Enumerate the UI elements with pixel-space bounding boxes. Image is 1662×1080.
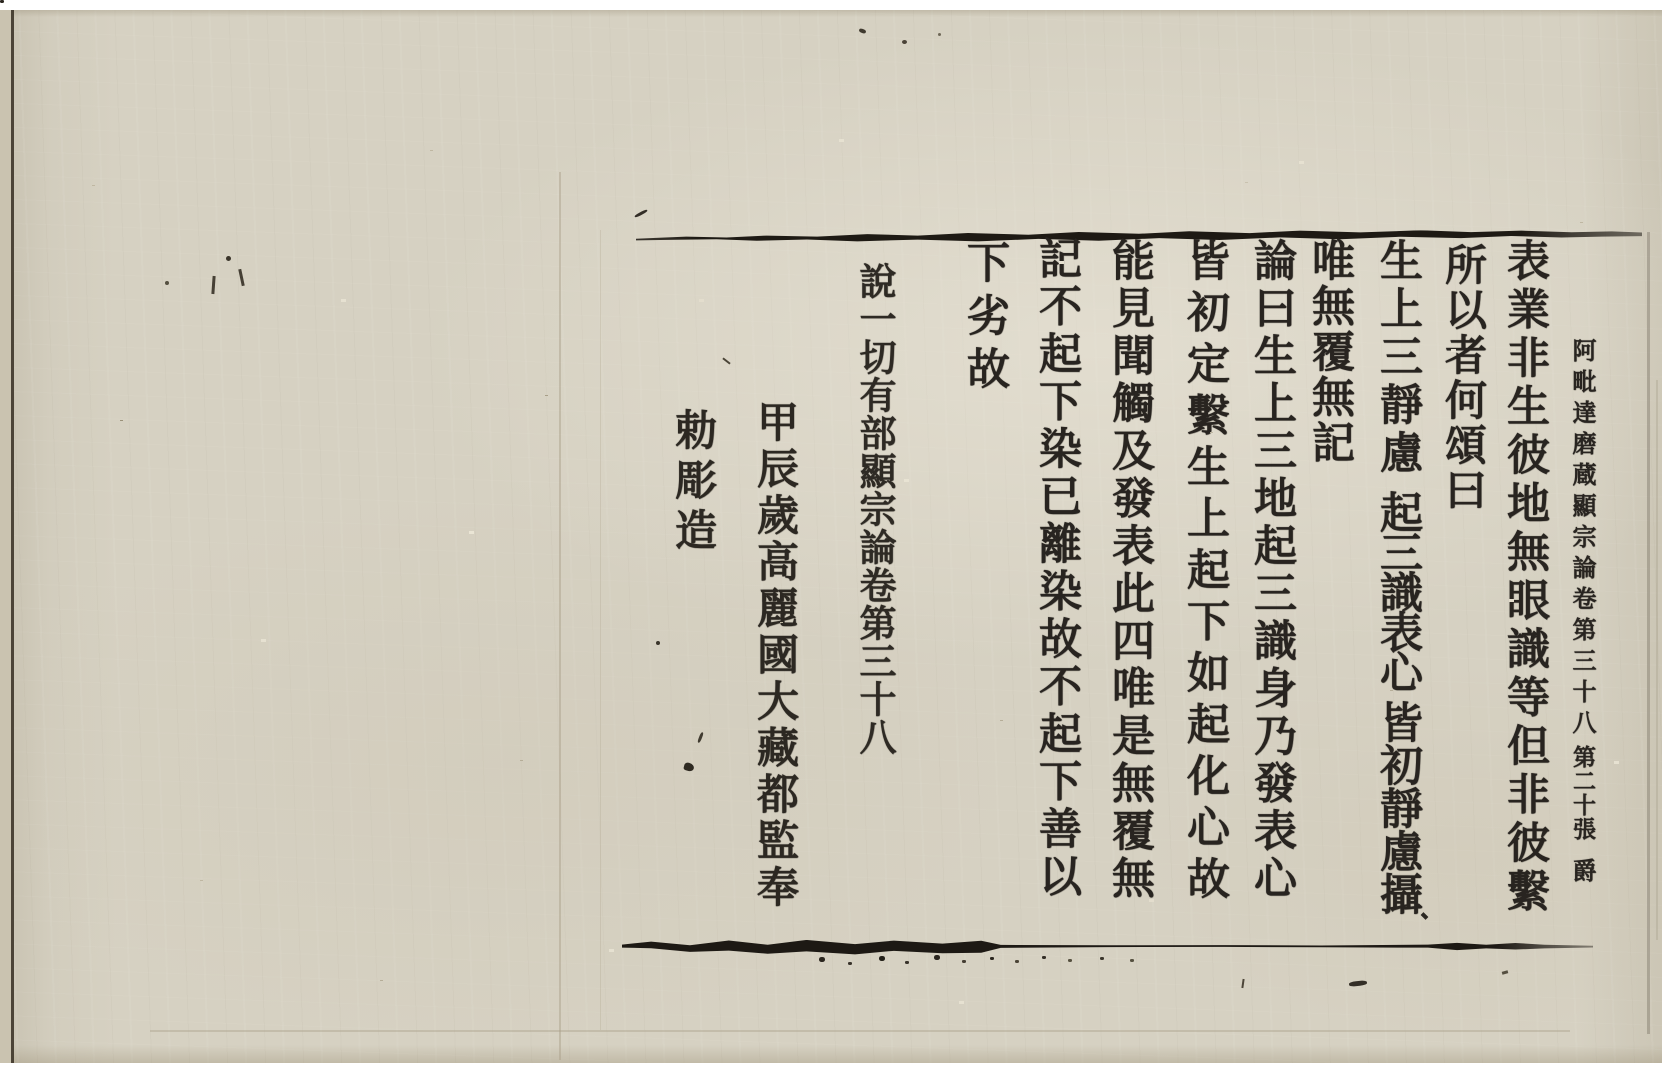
body-column-6: 皆初定繫生上起下如起化心故: [1183, 238, 1226, 908]
verse-line-4: 唯無覆無記: [1308, 238, 1351, 466]
end-title: 說一切有部顯宗論卷第三十八: [856, 262, 893, 756]
body-column-9: 下劣故: [963, 240, 1006, 399]
body-column-2: 所以者何頌曰: [1442, 243, 1484, 513]
margin-sheet-number: 第二十張: [1571, 745, 1594, 841]
body-column-7: 能見聞觸及發表此四唯是無覆無: [1108, 238, 1151, 903]
verse-line-2: 起三識表心: [1376, 490, 1419, 690]
verse-line-3: 皆初靜慮攝: [1376, 700, 1419, 915]
ink-speck: [226, 256, 231, 261]
ink-speck: [656, 641, 660, 645]
scanned-page: 阿毗達磨蔵顯宗論卷第三十八 第二十張 爵 表業非生彼地無眼識等但非彼繫 所以者何…: [0, 0, 1662, 1080]
page-left-edge-line: [11, 10, 14, 1063]
body-column-5: 論曰生上三地起三識身乃發表心: [1250, 238, 1293, 903]
ink-speck: [902, 40, 907, 44]
body-column-8: 記不起下染已離染故不起下善以: [1035, 236, 1078, 901]
verse-line-1: 生上三靜慮: [1376, 238, 1419, 478]
ink-speck: [165, 281, 169, 285]
margin-title: 阿毗達磨蔵顯宗論卷第三十八: [1570, 338, 1594, 741]
underlying-page-edge-line: [150, 1030, 1570, 1032]
paper-crease-left-2: [600, 230, 601, 1030]
colophon-line-2: 勅彫造: [672, 408, 714, 558]
margin-case-character: 爵: [1570, 858, 1594, 882]
paper-crease-left: [559, 172, 561, 1060]
paper-fold-right: [1647, 232, 1650, 1034]
paper-fibers: [0, 0, 3, 1]
body-column-1: 表業非生彼地無眼識等但非彼繫: [1503, 238, 1546, 917]
ink-speck: [938, 33, 941, 36]
colophon-line-1: 甲辰歲高麗國大藏都監奉: [754, 400, 796, 912]
paper-fold-right-2: [1656, 380, 1658, 940]
